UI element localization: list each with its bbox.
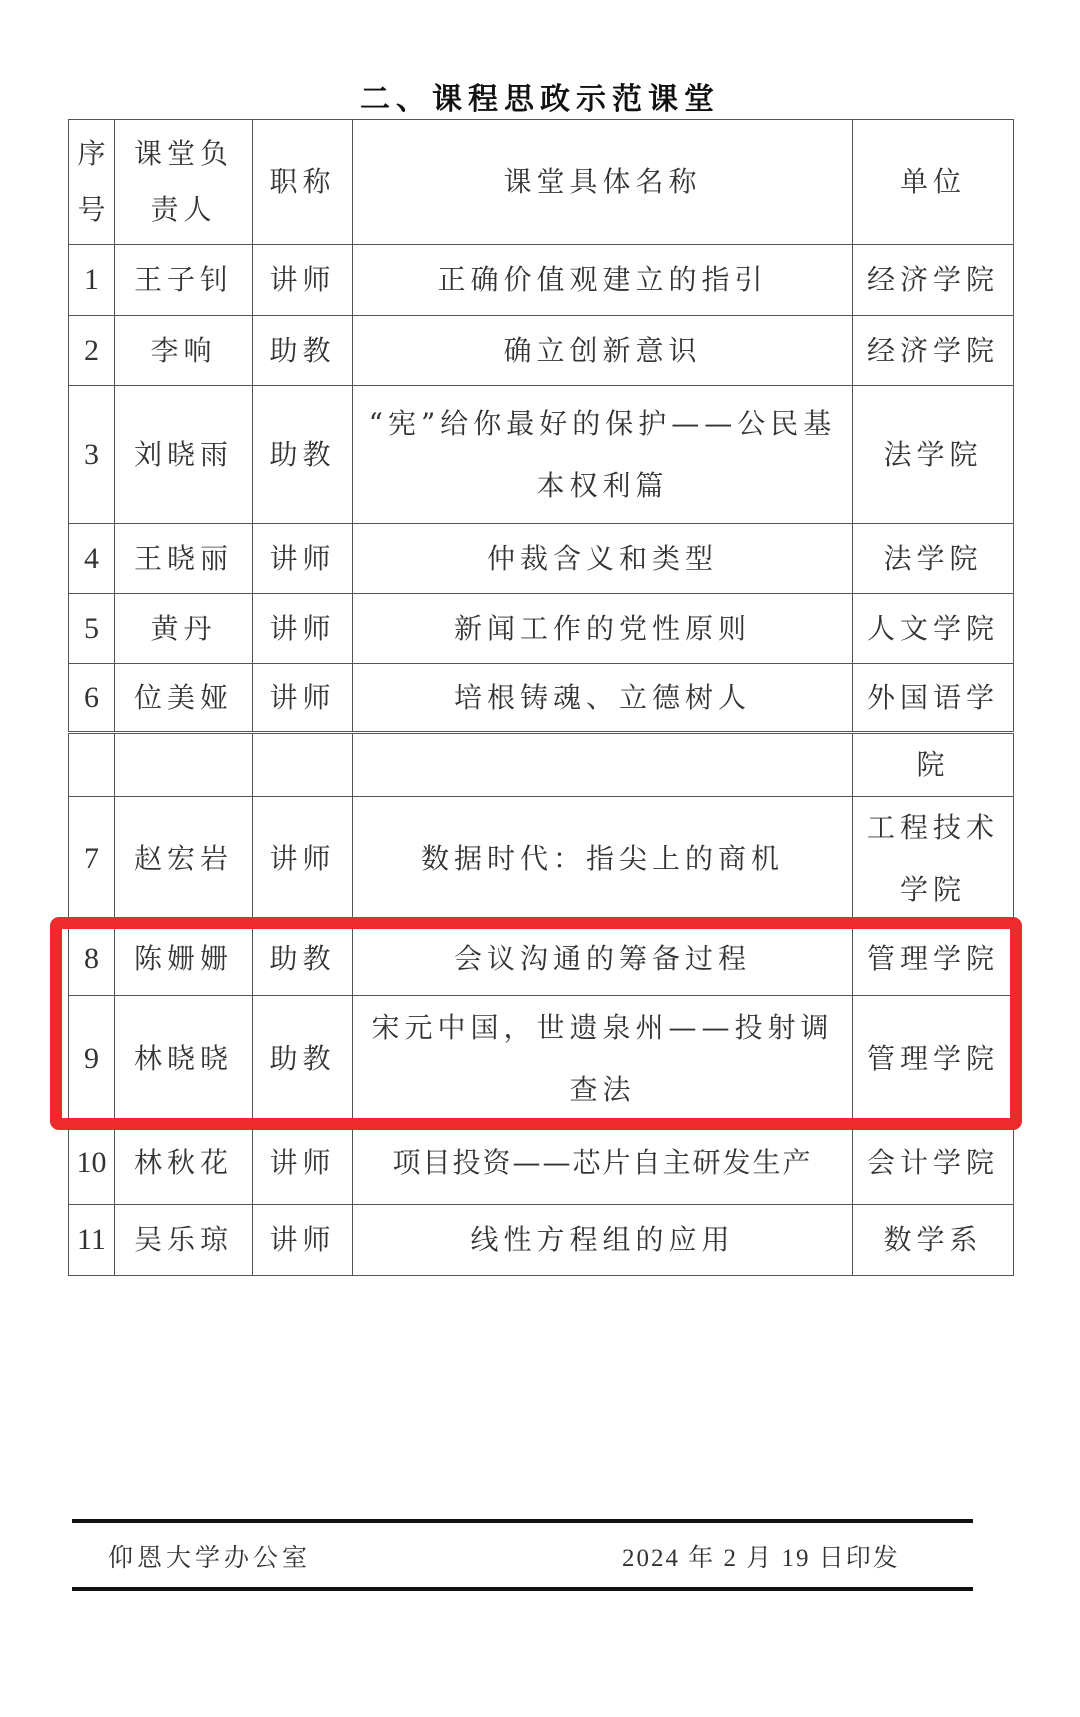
header-course-name: 课堂具体名称 bbox=[353, 120, 853, 245]
header-lead-line2: 责人 bbox=[119, 182, 248, 238]
row-lead: 林晓晓 bbox=[115, 996, 253, 1122]
table-row: 6 位美娅 讲师 培根铸魂、立德树人 外国语学 bbox=[69, 664, 1014, 732]
row-lead: 黄丹 bbox=[115, 594, 253, 664]
header-lead-line1: 课堂负 bbox=[119, 126, 248, 182]
row-lead: 王子钊 bbox=[115, 245, 253, 316]
row-index: 3 bbox=[69, 386, 115, 524]
row-course: 线性方程组的应用 bbox=[353, 1205, 853, 1276]
row-course: 正确价值观建立的指引 bbox=[353, 245, 853, 316]
row-unit: 经济学院 bbox=[853, 316, 1014, 386]
empty-cell bbox=[115, 734, 253, 797]
row-unit: 数学系 bbox=[853, 1205, 1014, 1276]
row-rank: 助教 bbox=[253, 386, 353, 524]
row-course: 仲裁含义和类型 bbox=[353, 524, 853, 594]
row-rank: 讲师 bbox=[253, 245, 353, 316]
row-course: 会议沟通的筹备过程 bbox=[353, 922, 853, 996]
footer-issuer: 仰恩大学办公室 bbox=[108, 1538, 311, 1574]
row-rank: 讲师 bbox=[253, 797, 353, 922]
table-row: 4 王晓丽 讲师 仲裁含义和类型 法学院 bbox=[69, 524, 1014, 594]
row-course: 新闻工作的党性原则 bbox=[353, 594, 853, 664]
table-row: 2 李响 助教 确立创新意识 经济学院 bbox=[69, 316, 1014, 386]
row-rank: 助教 bbox=[253, 316, 353, 386]
row-lead: 刘晓雨 bbox=[115, 386, 253, 524]
table-row: 10 林秋花 讲师 项目投资——芯片自主研发生产 会计学院 bbox=[69, 1122, 1014, 1205]
row-index: 1 bbox=[69, 245, 115, 316]
row-rank: 助教 bbox=[253, 922, 353, 996]
table-row: 11 吴乐琼 讲师 线性方程组的应用 数学系 bbox=[69, 1205, 1014, 1276]
row-rank: 讲师 bbox=[253, 1122, 353, 1205]
empty-cell bbox=[353, 734, 853, 797]
row-rank: 讲师 bbox=[253, 1205, 353, 1276]
row-unit: 外国语学 bbox=[853, 664, 1014, 732]
row-lead: 李响 bbox=[115, 316, 253, 386]
row-course: 宋元中国，世遗泉州——投射调查法 bbox=[353, 996, 853, 1122]
row-course: 项目投资——芯片自主研发生产 bbox=[353, 1122, 853, 1205]
row-lead: 林秋花 bbox=[115, 1122, 253, 1205]
header-rank: 职称 bbox=[253, 120, 353, 245]
row-index: 7 bbox=[69, 797, 115, 922]
header-unit: 单位 bbox=[853, 120, 1014, 245]
header-index: 序 号 bbox=[69, 120, 115, 245]
row-unit: 法学院 bbox=[853, 386, 1014, 524]
row-unit: 管理学院 bbox=[853, 922, 1014, 996]
row-rank: 讲师 bbox=[253, 664, 353, 732]
row-unit: 人文学院 bbox=[853, 594, 1014, 664]
row-lead: 王晓丽 bbox=[115, 524, 253, 594]
row-lead: 位美娅 bbox=[115, 664, 253, 732]
row-unit: 会计学院 bbox=[853, 1122, 1014, 1205]
row-lead: 吴乐琼 bbox=[115, 1205, 253, 1276]
row-index: 5 bbox=[69, 594, 115, 664]
row-unit: 法学院 bbox=[853, 524, 1014, 594]
row-lead: 陈姗姗 bbox=[115, 922, 253, 996]
row-unit-continued: 院 bbox=[853, 734, 1014, 797]
table-row: 1 王子钊 讲师 正确价值观建立的指引 经济学院 bbox=[69, 245, 1014, 316]
row-unit: 经济学院 bbox=[853, 245, 1014, 316]
table-row: 8 陈姗姗 助教 会议沟通的筹备过程 管理学院 bbox=[69, 922, 1014, 996]
row-unit: 管理学院 bbox=[853, 996, 1014, 1122]
header-index-line1: 序 bbox=[69, 126, 114, 182]
table-row: 9 林晓晓 助教 宋元中国，世遗泉州——投射调查法 管理学院 bbox=[69, 996, 1014, 1122]
row-index: 6 bbox=[69, 664, 115, 732]
table-row: 3 刘晓雨 助教 “宪”给你最好的保护——公民基本权利篇 法学院 bbox=[69, 386, 1014, 524]
table-row: 7 赵宏岩 讲师 数据时代：指尖上的商机 工程技术学院 bbox=[69, 797, 1014, 922]
row-rank: 讲师 bbox=[253, 524, 353, 594]
table-row: 5 黄丹 讲师 新闻工作的党性原则 人文学院 bbox=[69, 594, 1014, 664]
footer-top-rule bbox=[72, 1519, 973, 1523]
footer-date: 2024 年 2 月 19 日印发 bbox=[622, 1538, 900, 1574]
row-unit: 工程技术学院 bbox=[853, 797, 1014, 922]
demo-classroom-table: 序 号 课堂负 责人 职称 课堂具体名称 单位 1 王子钊 讲师 正确价值观建立… bbox=[68, 119, 1014, 732]
row-index: 4 bbox=[69, 524, 115, 594]
table-row-continuation: 院 bbox=[69, 734, 1014, 797]
table-header-row: 序 号 课堂负 责人 职称 课堂具体名称 单位 bbox=[69, 120, 1014, 245]
section-title: 二、课程思政示范课堂 bbox=[0, 74, 1080, 118]
footer-bottom-rule bbox=[72, 1587, 973, 1591]
row-rank: 助教 bbox=[253, 996, 353, 1122]
empty-cell bbox=[69, 734, 115, 797]
row-index: 9 bbox=[69, 996, 115, 1122]
row-course: 确立创新意识 bbox=[353, 316, 853, 386]
header-index-line2: 号 bbox=[69, 182, 114, 238]
row-rank: 讲师 bbox=[253, 594, 353, 664]
demo-classroom-table-continued: 院 7 赵宏岩 讲师 数据时代：指尖上的商机 工程技术学院 8 陈姗姗 助教 会… bbox=[68, 733, 1014, 1276]
row-course: 培根铸魂、立德树人 bbox=[353, 664, 853, 732]
row-index: 10 bbox=[69, 1122, 115, 1205]
row-course: “宪”给你最好的保护——公民基本权利篇 bbox=[353, 386, 853, 524]
row-index: 11 bbox=[69, 1205, 115, 1276]
row-lead: 赵宏岩 bbox=[115, 797, 253, 922]
empty-cell bbox=[253, 734, 353, 797]
header-lead: 课堂负 责人 bbox=[115, 120, 253, 245]
row-course: 数据时代：指尖上的商机 bbox=[353, 797, 853, 922]
row-index: 2 bbox=[69, 316, 115, 386]
row-index: 8 bbox=[69, 922, 115, 996]
